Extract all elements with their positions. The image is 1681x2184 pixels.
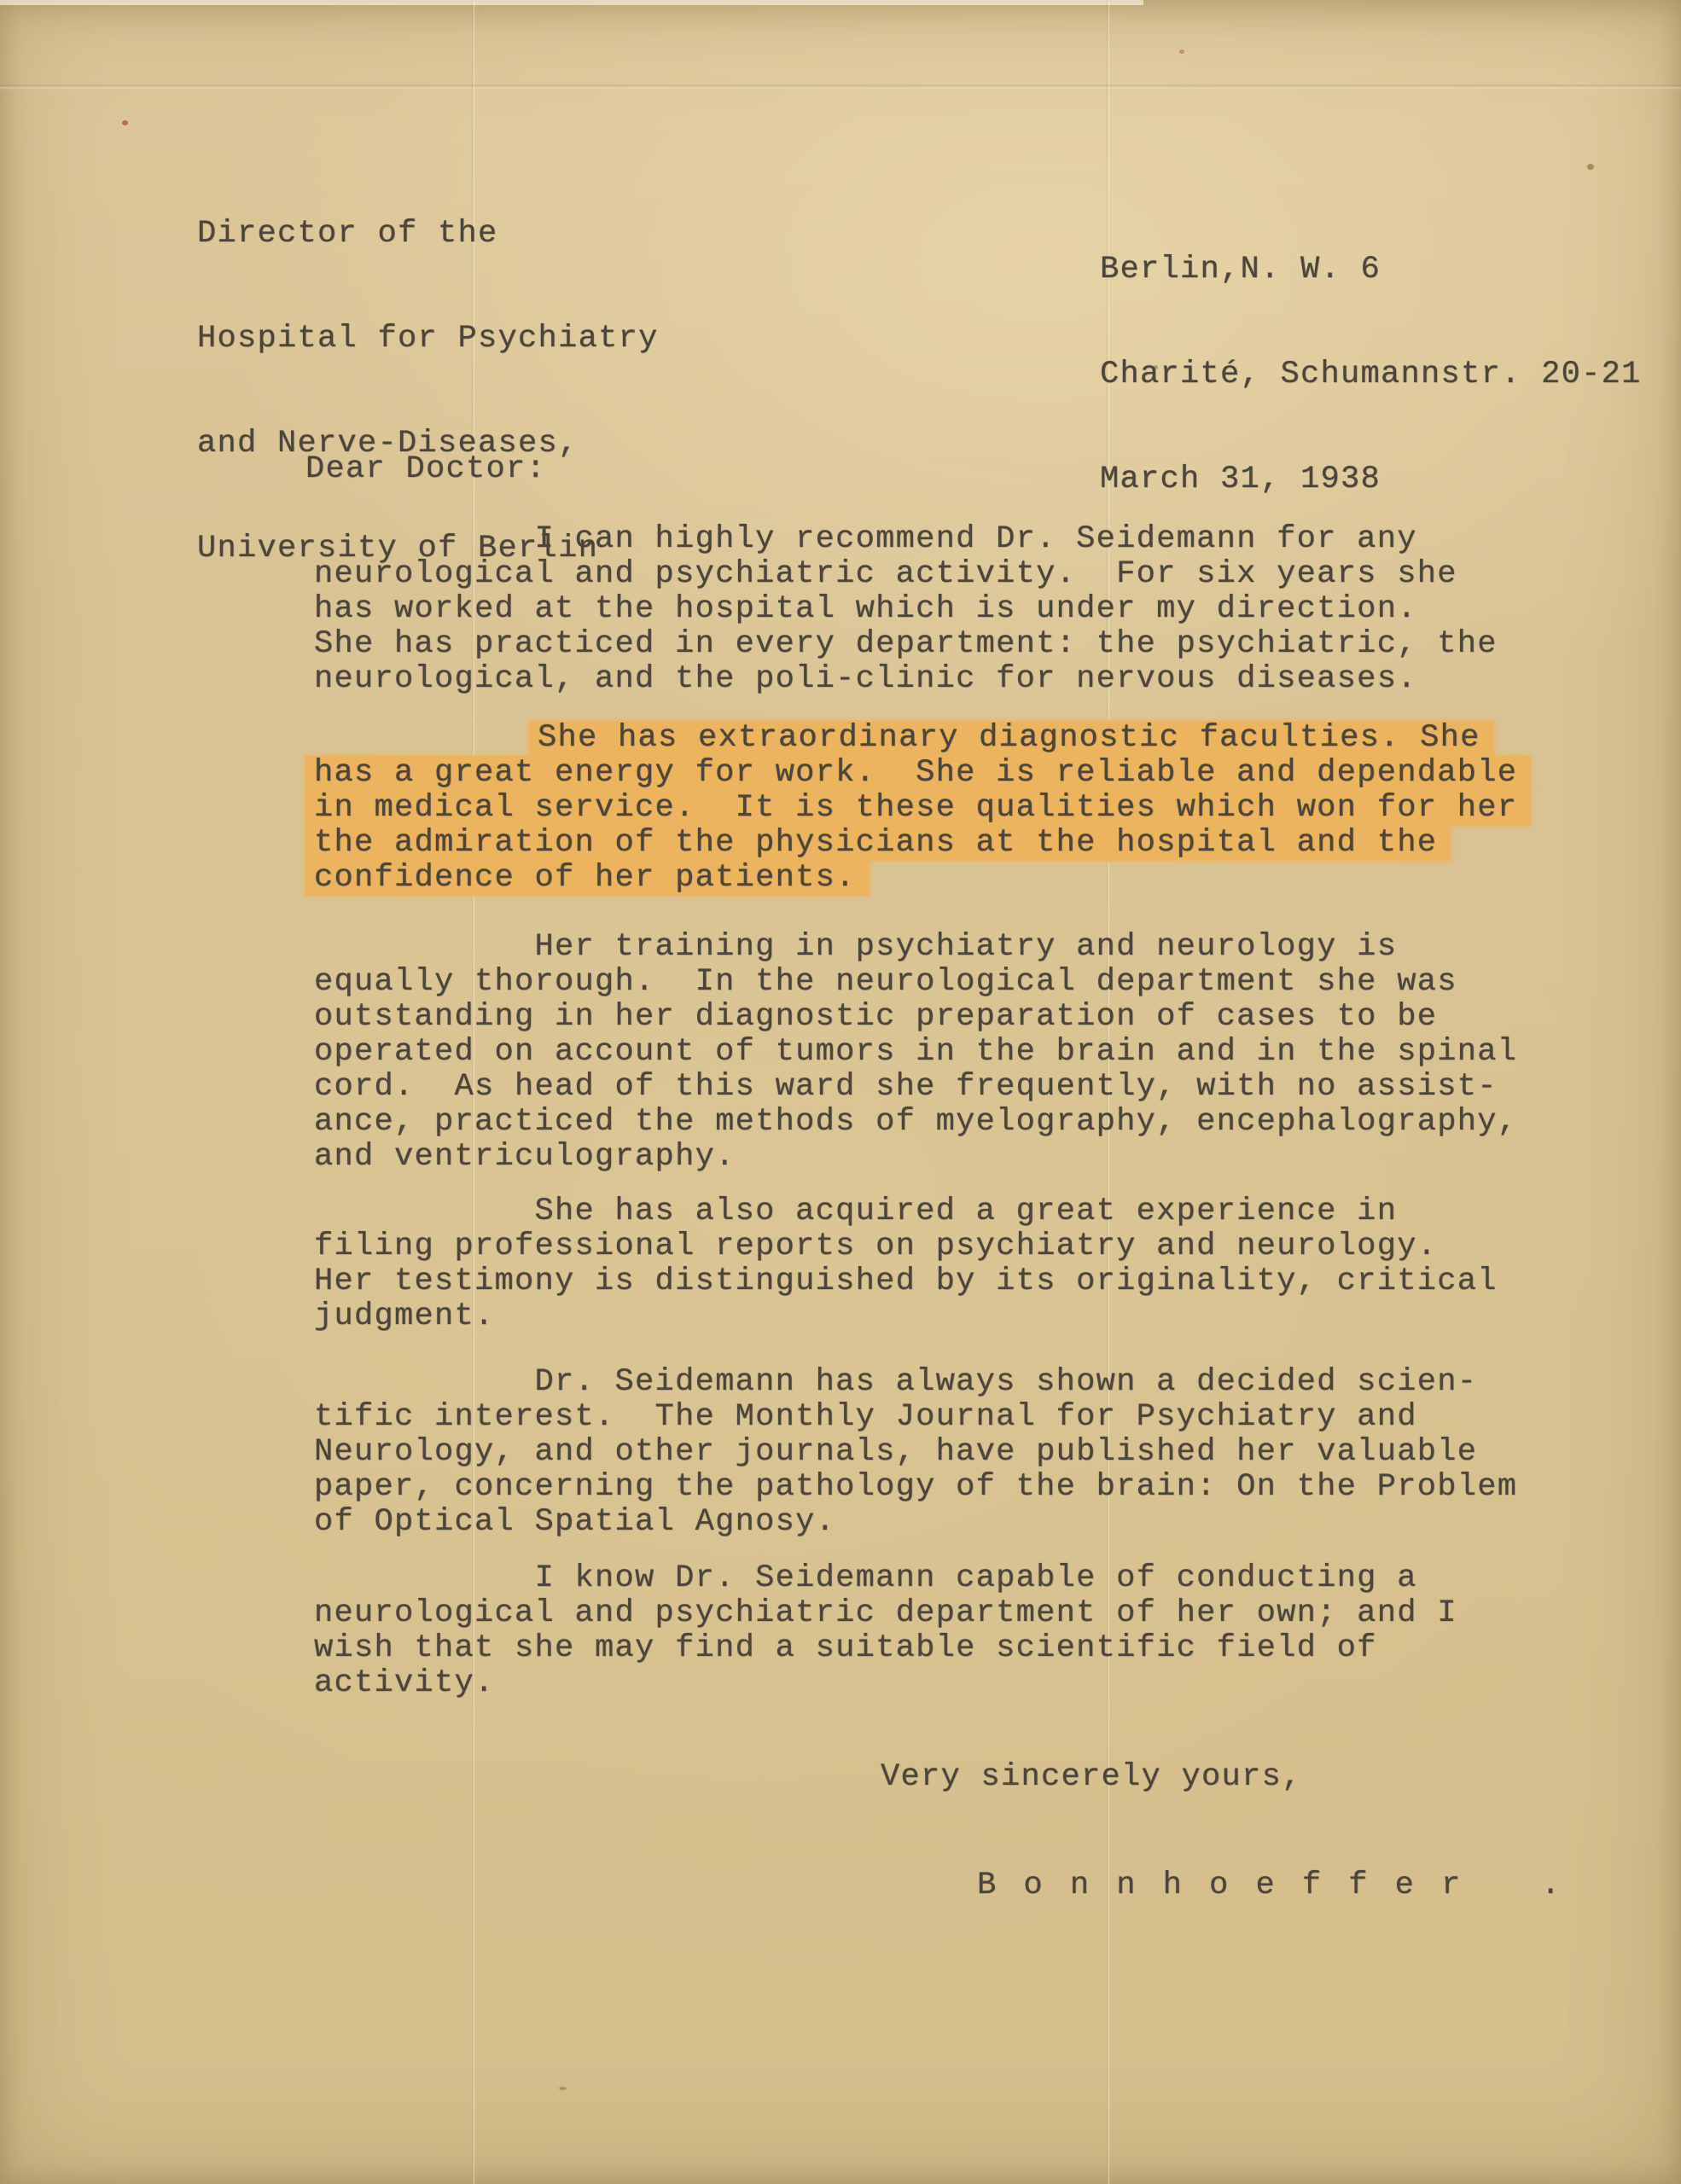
paragraph-3: Her training in psychiatry and neurology…	[314, 930, 1517, 1175]
paragraph-1: I can highly recommend Dr. Seidemann for…	[314, 522, 1498, 697]
paragraph-4: She has also acquired a great experience…	[314, 1194, 1498, 1334]
letterhead-line: Hospital for Psychiatry	[197, 322, 659, 357]
highlighted-line: She has extraordinary diagnostic faculti…	[529, 721, 1494, 756]
date-address-block: Berlin,N. W. 6 Charité, Schumannstr. 20-…	[1100, 183, 1642, 567]
salutation: Dear Doctor:	[305, 452, 546, 487]
closing-valediction: Very sincerely yours,	[881, 1760, 1302, 1795]
paragraph-5: Dr. Seidemann has always shown a decided…	[314, 1365, 1517, 1540]
fold-crease-horizontal-top	[0, 84, 1681, 90]
address-line-city: Berlin,N. W. 6	[1100, 253, 1642, 288]
highlighted-line: confidence of her patients.	[305, 861, 870, 896]
paragraph-6: I know Dr. Seidemann capable of conducti…	[314, 1561, 1457, 1701]
paper-speck	[559, 2087, 567, 2090]
signature-name: B o n n h o e f f e r	[977, 1868, 1464, 1903]
highlighted-paragraph: She has extraordinary diagnostic faculti…	[314, 721, 1531, 896]
address-line-street: Charité, Schumannstr. 20-21	[1100, 357, 1642, 392]
paper-speck	[1179, 49, 1184, 54]
letter-page: Director of the Hospital for Psychiatry …	[0, 0, 1681, 2184]
letterhead-line: Director of the	[197, 217, 659, 252]
highlighted-line: the admiration of the physicians at the …	[305, 826, 1451, 861]
date-line: March 31, 1938	[1100, 462, 1642, 497]
paper-speck	[1587, 164, 1594, 170]
highlighted-line: has a great energy for work. She is reli…	[305, 756, 1531, 791]
scan-edge-top	[0, 0, 1143, 5]
highlighted-line: in medical service. It is these qualitie…	[305, 791, 1531, 826]
signature-trailing-period: .	[1541, 1868, 1562, 1903]
paper-speck	[122, 120, 128, 125]
